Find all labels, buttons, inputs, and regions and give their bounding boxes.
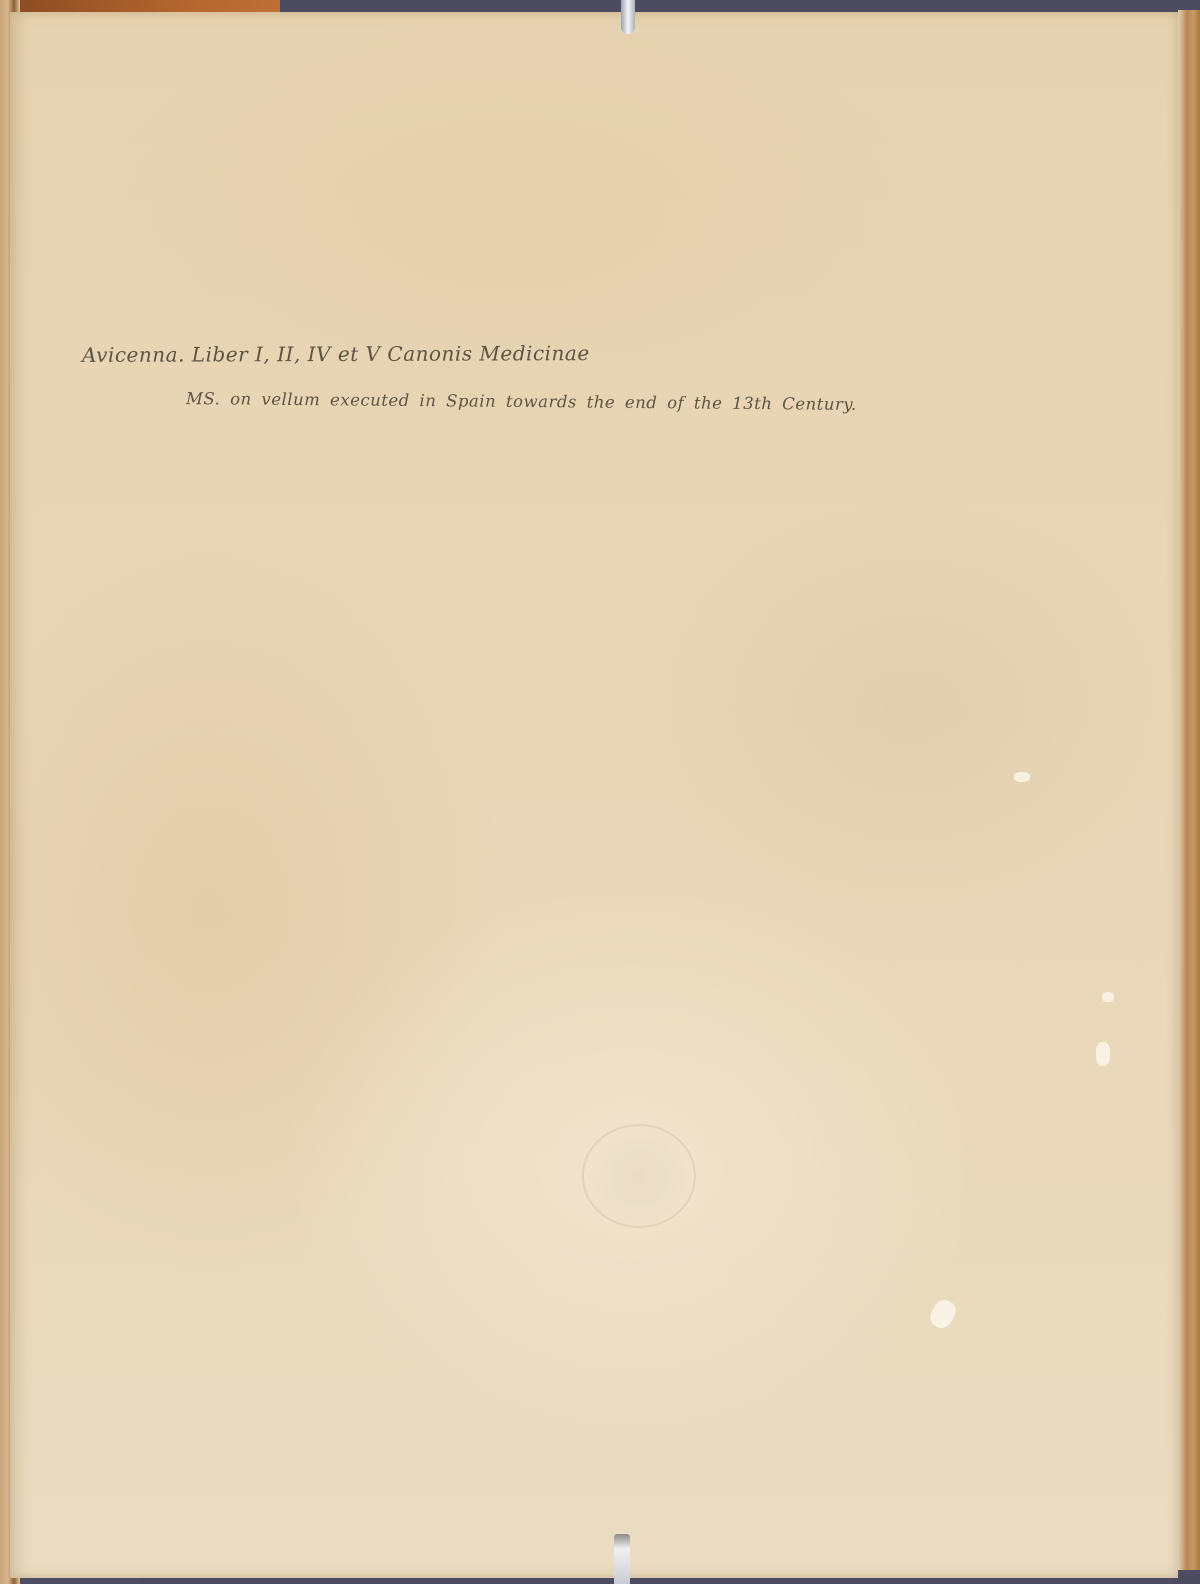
vellum-blemish: [1096, 1042, 1110, 1066]
page-stack-edge: [1178, 10, 1200, 1570]
inscription-description: MS. on vellum executed in Spain towards …: [186, 389, 857, 414]
page-clip-top: [621, 0, 635, 34]
inscription-title: Avicenna. Liber I, II, IV et V Canonis M…: [82, 341, 590, 367]
page-clip-bottom: [614, 1534, 630, 1584]
manuscript-scan: Avicenna. Liber I, II, IV et V Canonis M…: [0, 0, 1200, 1584]
vellum-blemish: [926, 1296, 959, 1331]
vellum-leaf: Avicenna. Liber I, II, IV et V Canonis M…: [10, 12, 1178, 1578]
faded-stamp: [582, 1124, 696, 1228]
vellum-blemish: [1014, 772, 1030, 782]
vellum-blemish: [1102, 992, 1114, 1002]
